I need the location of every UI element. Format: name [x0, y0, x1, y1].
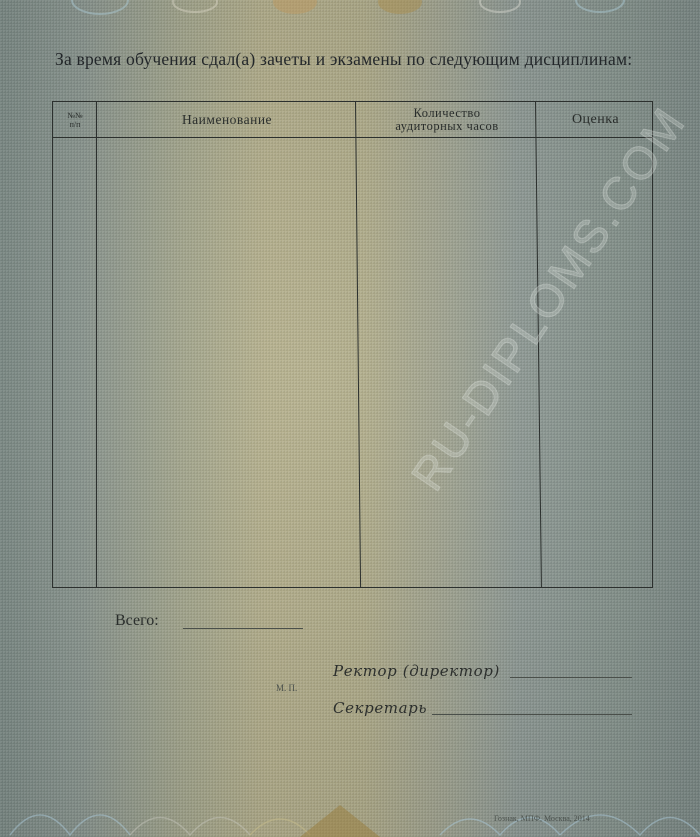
header-name: Наименование [97, 102, 357, 137]
column-divider [355, 102, 361, 587]
ornament-top-icon [0, 0, 700, 20]
rector-signature-label: Ректор (директор) [333, 662, 500, 680]
ornament-bottom-icon [0, 795, 700, 837]
rector-signature-line[interactable] [510, 677, 632, 678]
column-divider [96, 102, 97, 587]
grades-table: №№ п/п Наименование Количество аудиторны… [52, 101, 653, 588]
header-grade: Оценка [537, 102, 654, 137]
total-field[interactable] [183, 628, 303, 629]
header-hours: Количество аудиторных часов [357, 102, 537, 137]
header-hours-line1: Количество [414, 107, 481, 120]
header-number: №№ п/п [53, 102, 97, 137]
secretary-signature-label: Секретарь [333, 699, 427, 717]
column-divider [535, 102, 542, 587]
intro-text: За время обучения сдал(а) зачеты и экзам… [55, 44, 655, 74]
total-label: Всего: [115, 612, 159, 630]
header-divider [53, 137, 652, 138]
header-number-line2: п/п [70, 120, 81, 129]
stamp-label: М. П. [276, 683, 297, 693]
secretary-signature-line[interactable] [432, 714, 632, 715]
printer-mark: Гознак, МПФ, Москва, 2014 [494, 814, 590, 823]
header-number-line1: №№ [67, 111, 82, 120]
header-hours-line2: аудиторных часов [395, 120, 498, 133]
